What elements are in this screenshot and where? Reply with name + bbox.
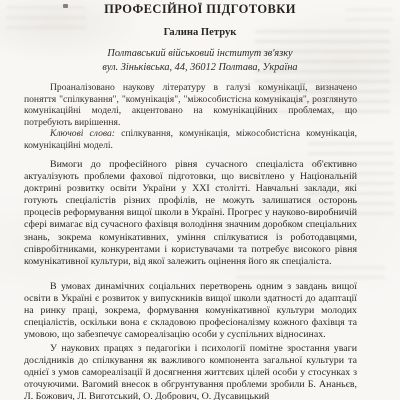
keywords-line: Ключові слова: спілкування, комунікація,… [24, 128, 357, 152]
affiliation-block: Полтавський військовий інститут зв'язку … [0, 47, 400, 74]
abstract-text: Проаналізовано наукову літературу в галу… [24, 82, 357, 128]
author-name: Галина Петрук [0, 27, 400, 38]
article-title: ПРОФЕСІЙНОЇ ПІДГОТОВКИ [0, 2, 400, 17]
scanned-article-page: ПРОФЕСІЙНОЇ ПІДГОТОВКИ Галина Петрук Пол… [0, 0, 400, 400]
body-paragraph: Вимоги до професійного рівня сучасного с… [24, 159, 357, 281]
body-paragraph: У наукових працях з педагогіки і психоло… [24, 343, 357, 400]
affiliation-address: вул. Зіньківська, 44, 36012 Полтава, Укр… [0, 61, 400, 75]
affiliation-institution: Полтавський військовий інститут зв'язку [0, 47, 400, 61]
keywords-label: Ключові слова: [50, 128, 115, 139]
body-paragraph: В умовах динамічних соціальних перетворе… [24, 281, 357, 342]
